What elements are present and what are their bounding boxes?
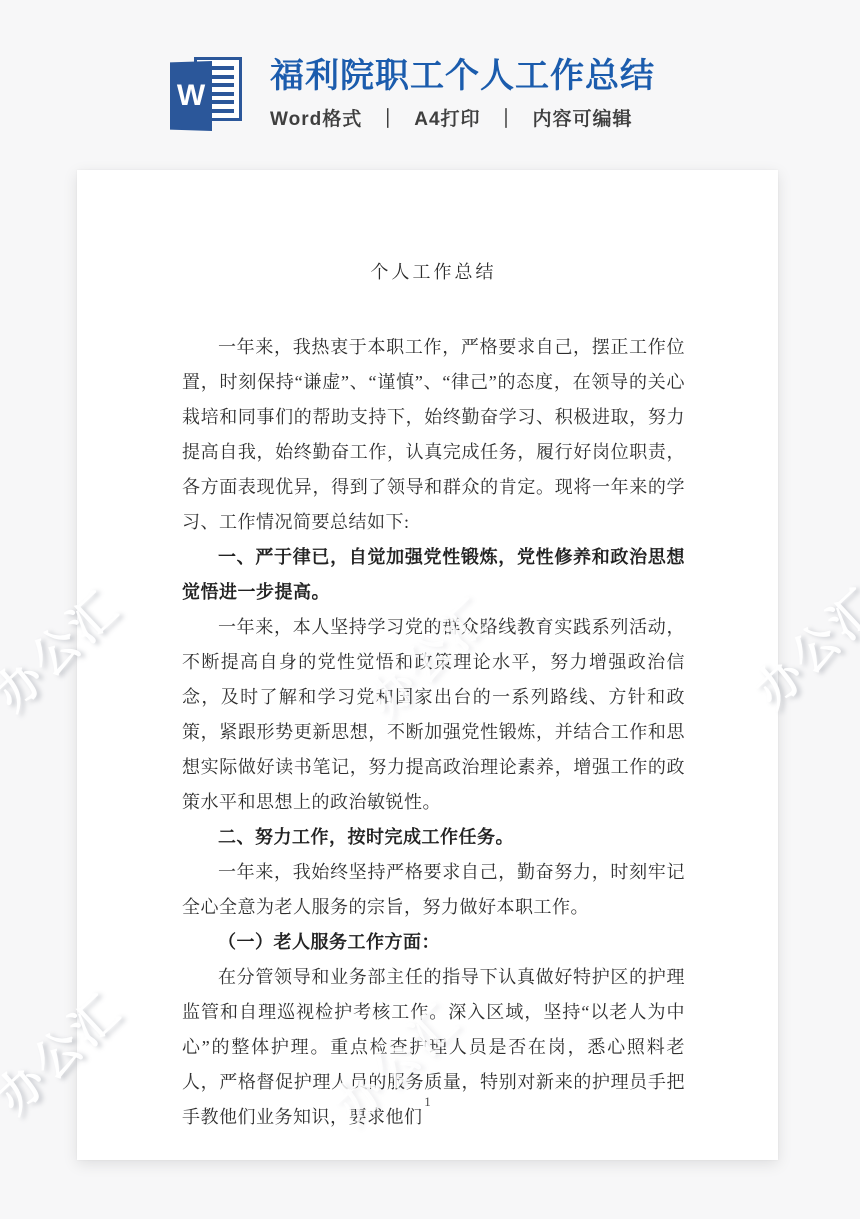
document-body: 一年来，我热衷于本职工作，严格要求自己，摆正工作位置，时刻保持“谦虚”、“谨慎”… [182,330,685,1135]
document-content: 个人工作总结 一年来，我热衷于本职工作，严格要求自己，摆正工作位置，时刻保持“谦… [77,170,778,1160]
document-page: 个人工作总结 一年来，我热衷于本职工作，严格要求自己，摆正工作位置，时刻保持“谦… [77,170,778,1160]
meta-word-format: Word格式 [270,104,362,131]
section-heading: 一、严于律已，自觉加强党性锻炼，党性修养和政治思想觉悟进一步提高。 [182,540,685,610]
meta-separator: ｜ [378,104,398,131]
page-title: 福利院职工个人工作总结 [270,55,655,97]
section-heading: 二、努力工作，按时完成工作任务。 [182,820,685,855]
word-icon-letter: W [170,61,212,131]
document-title: 个人工作总结 [182,255,685,290]
header: W 福利院职工个人工作总结 Word格式 ｜ A4打印 ｜ 内容可编辑 [170,55,655,135]
meta-a4-print: A4打印 [414,104,480,131]
section-heading: （一）老人服务工作方面： [182,925,685,960]
document-meta: Word格式 ｜ A4打印 ｜ 内容可编辑 [270,104,655,131]
page-background: { "header": { "title": "福利院职工个人工作总结", "i… [0,0,860,1219]
header-text: 福利院职工个人工作总结 Word格式 ｜ A4打印 ｜ 内容可编辑 [270,55,655,131]
paragraph: 一年来，本人坚持学习党的群众路线教育实践系列活动，不断提高自身的党性觉悟和政策理… [182,610,685,820]
meta-editable: 内容可编辑 [533,104,633,131]
word-document-icon: W [170,55,242,135]
paragraph: 一年来，我始终坚持严格要求自己，勤奋努力，时刻牢记全心全意为老人服务的宗旨，努力… [182,855,685,925]
paragraph: 一年来，我热衷于本职工作，严格要求自己，摆正工作位置，时刻保持“谦虚”、“谨慎”… [182,330,685,540]
meta-separator: ｜ [497,104,517,131]
page-number: 1 [77,1094,778,1110]
